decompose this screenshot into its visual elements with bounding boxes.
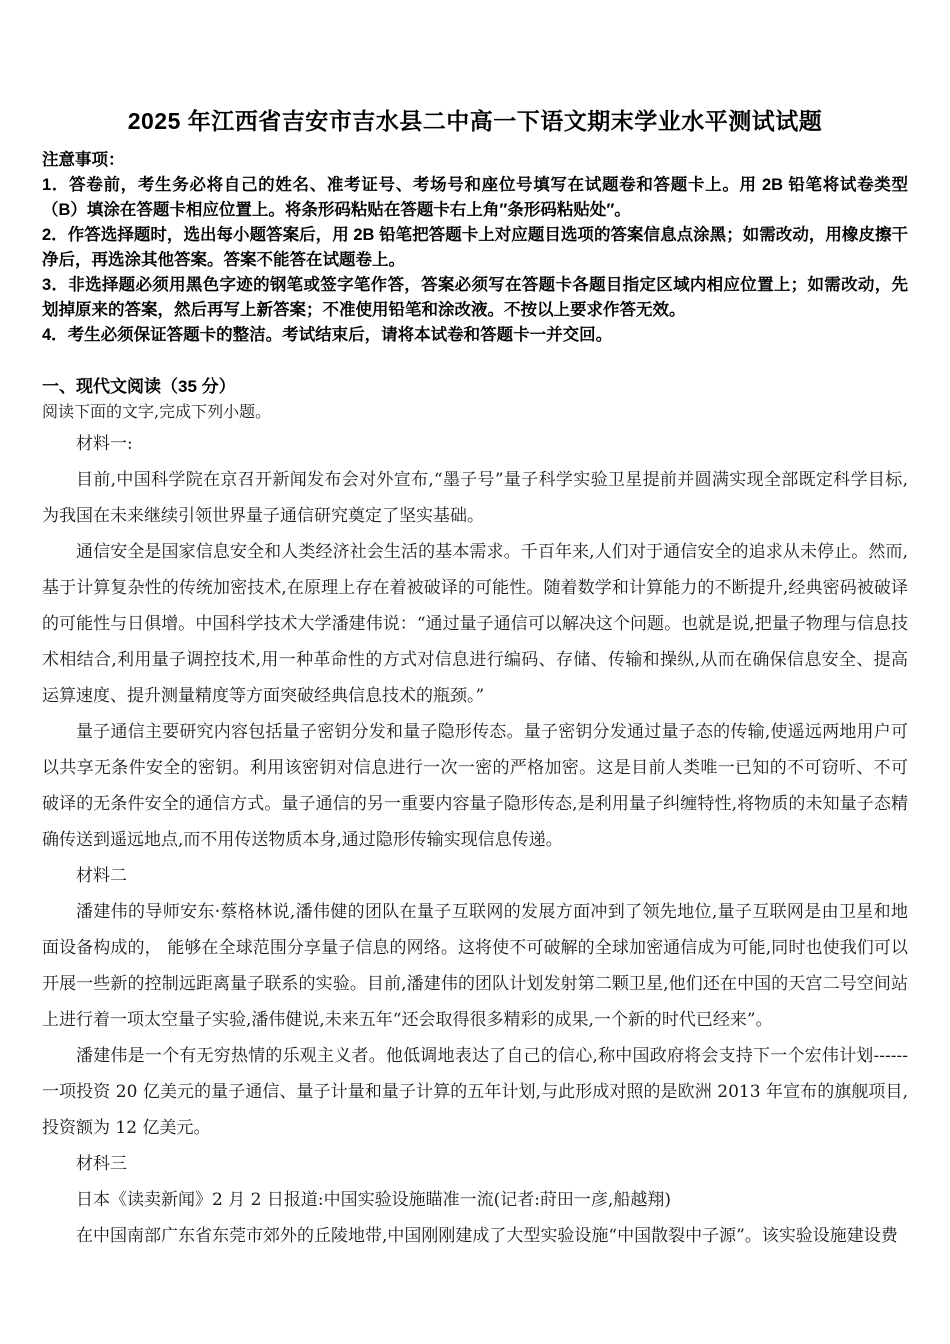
page-title: 2025 年江西省吉安市吉水县二中高一下语文期末学业水平测试试题 bbox=[42, 104, 908, 138]
notice-heading: 注意事项： bbox=[42, 148, 908, 173]
section-one-intro: 阅读下面的文字,完成下列小题。 bbox=[42, 399, 908, 424]
material-one-paragraph-1: 目前,中国科学院在京召开新闻发布会对外宣布,“墨子号”量子科学实验卫星提前并圆满… bbox=[42, 462, 908, 534]
notice-item-4: 4．考生必须保证答题卡的整洁。考试结束后，请将本试卷和答题卡一并交回。 bbox=[42, 323, 908, 348]
material-two-label: 材料二 bbox=[42, 858, 908, 894]
material-one-paragraph-2: 通信安全是国家信息安全和人类经济社会生活的基本需求。千百年来,人们对于通信安全的… bbox=[42, 534, 908, 714]
material-three-label: 材科三 bbox=[42, 1146, 908, 1182]
reading-materials: 材料一: 目前,中国科学院在京召开新闻发布会对外宣布,“墨子号”量子科学实验卫星… bbox=[42, 426, 908, 1254]
material-one-paragraph-3: 量子通信主要研究内容包括量子密钥分发和量子隐形传态。量子密钥分发通过量子态的传输… bbox=[42, 714, 908, 858]
notice-item-2: 2．作答选择题时，选出每小题答案后，用 2B 铅笔把答题卡上对应题目选项的答案信… bbox=[42, 223, 908, 273]
notice-item-3: 3．非选择题必须用黑色字迹的钢笔或签字笔作答，答案必须写在答题卡各题目指定区域内… bbox=[42, 273, 908, 323]
material-three-paragraph-1: 日本《读卖新闻》2 月 2 日报道:中国实验设施瞄准一流(记者:莳田一彦,船越翔… bbox=[42, 1182, 908, 1218]
material-one-label: 材料一: bbox=[42, 426, 908, 462]
material-two-paragraph-1: 潘建伟的导师安东·蔡格林说,潘伟健的团队在量子互联网的发展方面冲到了领先地位,量… bbox=[42, 894, 908, 1038]
notice-item-1: 1．答卷前，考生务必将自己的姓名、准考证号、考场号和座位号填写在试题卷和答题卡上… bbox=[42, 173, 908, 223]
material-three-paragraph-2: 在中国南部广东省东莞市郊外的丘陵地带,中国刚刚建成了大型实验设施“中国散裂中子源… bbox=[42, 1218, 908, 1254]
notice-section: 注意事项： 1．答卷前，考生务必将自己的姓名、准考证号、考场号和座位号填写在试题… bbox=[42, 148, 908, 348]
section-one-heading: 一、现代文阅读（35 分） bbox=[42, 374, 908, 399]
exam-paper-page: 2025 年江西省吉安市吉水县二中高一下语文期末学业水平测试试题 注意事项： 1… bbox=[0, 0, 950, 1344]
material-two-paragraph-2: 潘建伟是一个有无穷热情的乐观主义者。他低调地表达了自己的信心,称中国政府将会支持… bbox=[42, 1038, 908, 1146]
